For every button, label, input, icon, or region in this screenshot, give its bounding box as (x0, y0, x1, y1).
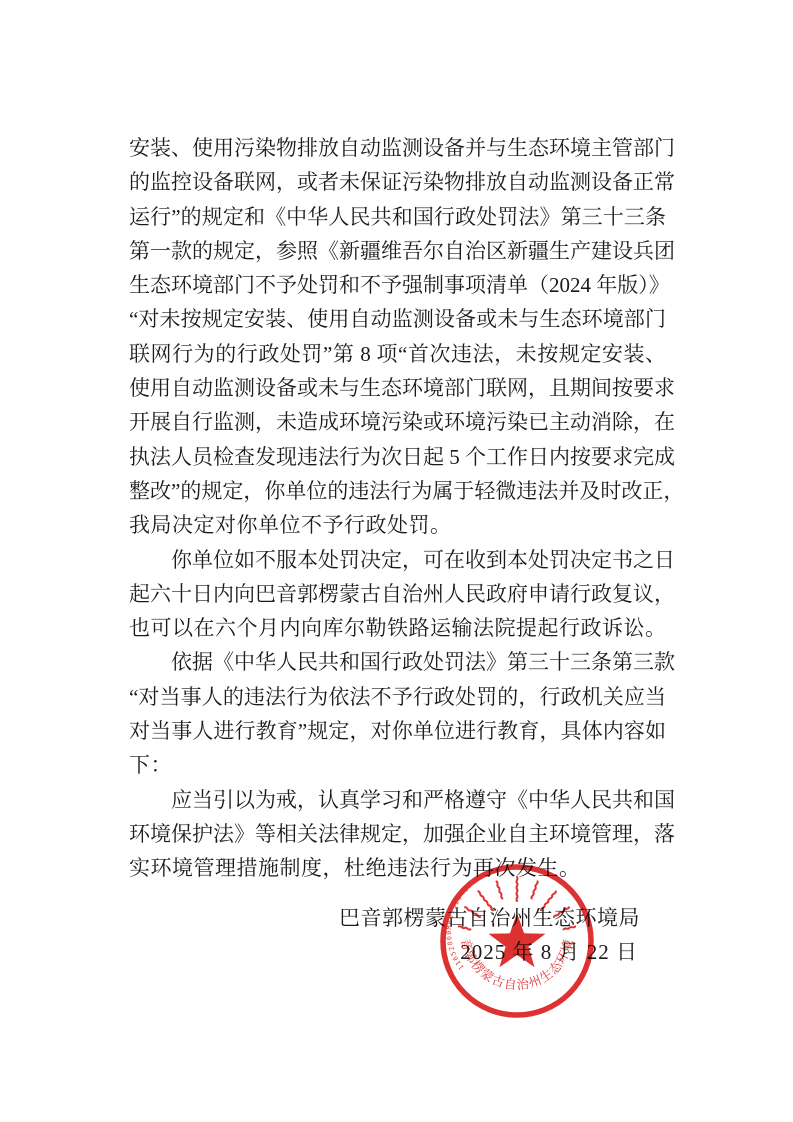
body-line: 生态环境部门不予处罚和不予强制事项清单（2024 年版）》 (129, 268, 666, 302)
body-line: 运行”的规定和《中华人民共和国行政处罚法》第三十三条 (129, 200, 666, 234)
body-line: 下： (129, 748, 666, 782)
body-line: 第一款的规定，参照《新疆维吾尔自治区新疆生产建设兵团 (129, 234, 666, 268)
body-line: 对当事人进行教育”规定，对你单位进行教育，具体内容如 (129, 714, 666, 748)
body-line: 也可以在六个月内向库尔勒铁路运输法院提起行政诉讼。 (129, 611, 666, 645)
body-line: 安装、使用污染物排放自动监测设备并与生态环境主管部门 (129, 131, 666, 165)
official-seal: 巴音郭楞蒙古自治州生态环境局 11652800MB0152842Y (437, 861, 597, 1021)
body-line: 应当引以为戒，认真学习和严格遵守《中华人民共和国 (129, 783, 666, 817)
seal-star-icon (489, 913, 546, 967)
body-line: 的监控设备联网，或者未保证污染物排放自动监测设备正常 (129, 165, 666, 199)
body-line: 执法人员检查发现违法行为次日起 5 个工作日内按要求完成 (129, 440, 666, 474)
body-line: “对未按规定安装、使用自动监测设备或未与生态环境部门 (129, 302, 666, 336)
body-line: 起六十日内向巴音郭楞蒙古自治州人民政府申请行政复议， (129, 577, 666, 611)
body-line: 整改”的规定，你单位的违法行为属于轻微违法并及时改正， (129, 474, 666, 508)
body-line: 使用自动监测设备或未与生态环境部门联网，且期间按要求 (129, 371, 666, 405)
body-line: 你单位如不服本处罚决定，可在收到本处罚决定书之日 (129, 543, 666, 577)
body-line: 开展自行监测，未造成环境污染或环境污染已主动消除，在 (129, 405, 666, 439)
body-line: “对当事人的违法行为依法不予行政处罚的，行政机关应当 (129, 680, 666, 714)
body-line: 依据《中华人民共和国行政处罚法》第三十三条第三款 (129, 645, 666, 679)
body-line: 联网行为的行政处罚”第 8 项“首次违法，未按规定安装、 (129, 337, 666, 371)
document-page: 安装、使用污染物排放自动监测设备并与生态环境主管部门 的监控设备联网，或者未保证… (0, 0, 793, 1122)
document-body: 安装、使用污染物排放自动监测设备并与生态环境主管部门 的监控设备联网，或者未保证… (129, 131, 666, 886)
body-line: 环境保护法》等相关法律规定，加强企业自主环境管理，落 (129, 817, 666, 851)
body-line: 我局决定对你单位不予行政处罚。 (129, 508, 666, 542)
